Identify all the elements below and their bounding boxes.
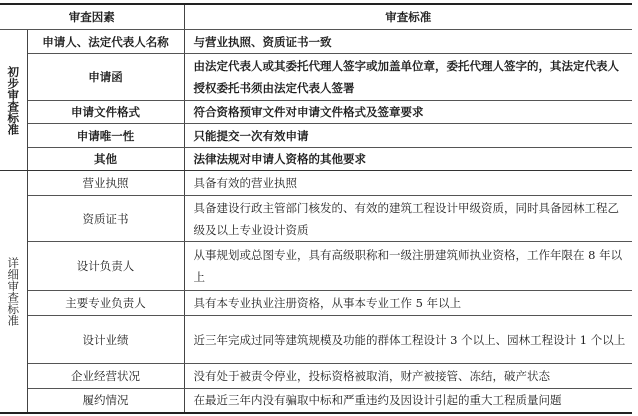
standard-cell: 没有处于被责令停业，投标资格被取消，财产被接管、冻结，破产状态 bbox=[184, 364, 632, 389]
factor-cell: 设计负责人 bbox=[27, 242, 184, 291]
table-row: 设计业绩 近三年完成过同等建筑规模及功能的群体工程设计 3 个以上、园林工程设计… bbox=[0, 316, 632, 364]
table-row: 申请函 由法定代表人或其委托代理人签字或加盖单位章，委托代理人签字的，其法定代表… bbox=[0, 54, 632, 101]
factor-cell: 申请唯一性 bbox=[27, 124, 184, 148]
factor-cell: 企业经营状况 bbox=[27, 364, 184, 389]
table-row: 申请文件格式 符合资格预审文件对申请文件格式及签章要求 bbox=[0, 101, 632, 124]
standard-cell: 近三年完成过同等建筑规模及功能的群体工程设计 3 个以上、园林工程设计 1 个以… bbox=[184, 316, 632, 364]
factor-cell: 履约情况 bbox=[27, 389, 184, 413]
factor-cell: 主要专业负责人 bbox=[27, 291, 184, 316]
standard-cell: 符合资格预审文件对申请文件格式及签章要求 bbox=[184, 101, 632, 124]
table-row: 申请唯一性 只能提交一次有效申请 bbox=[0, 124, 632, 148]
standard-cell: 在最近三年内没有骗取中标和严重违约及因设计引起的重大工程质量问题 bbox=[184, 389, 632, 413]
factor-cell: 营业执照 bbox=[27, 171, 184, 196]
factor-cell: 申请函 bbox=[27, 54, 184, 101]
table-row: 资质证书 具备建设行政主管部门核发的、有效的建筑工程设计甲级资质，同时具备园林工… bbox=[0, 196, 632, 242]
factor-cell: 设计业绩 bbox=[27, 316, 184, 364]
group-label-detailed: 详细审查标准 bbox=[0, 171, 27, 413]
table-row: 主要专业负责人 具有本专业执业注册资格，从事本专业工作 5 年以上 bbox=[0, 291, 632, 316]
group-label-preliminary: 初步审查标准 bbox=[0, 30, 27, 171]
standard-cell: 由法定代表人或其委托代理人签字或加盖单位章，委托代理人签字的，其法定代表人授权委… bbox=[184, 54, 632, 101]
standard-cell: 与营业执照、资质证书一致 bbox=[184, 30, 632, 54]
table-row: 履约情况 在最近三年内没有骗取中标和严重违约及因设计引起的重大工程质量问题 bbox=[0, 389, 632, 413]
standard-cell: 法律法规对申请人资格的其他要求 bbox=[184, 148, 632, 171]
table-row: 初步审查标准 申请人、法定代表人名称 与营业执照、资质证书一致 bbox=[0, 30, 632, 54]
standard-cell: 具备建设行政主管部门核发的、有效的建筑工程设计甲级资质，同时具备园林工程乙级及以… bbox=[184, 196, 632, 242]
factor-cell: 资质证书 bbox=[27, 196, 184, 242]
factor-cell: 申请人、法定代表人名称 bbox=[27, 30, 184, 54]
header-factor: 审查因素 bbox=[0, 4, 184, 30]
standard-cell: 只能提交一次有效申请 bbox=[184, 124, 632, 148]
standard-cell: 具备有效的营业执照 bbox=[184, 171, 632, 196]
header-row: 审查因素 审查标准 bbox=[0, 4, 632, 30]
standard-cell: 具有本专业执业注册资格，从事本专业工作 5 年以上 bbox=[184, 291, 632, 316]
table-row: 设计负责人 从事规划或总图专业，具有高级职称和一级注册建筑师执业资格，工作年限在… bbox=[0, 242, 632, 291]
factor-cell: 其他 bbox=[27, 148, 184, 171]
header-standard: 审查标准 bbox=[184, 4, 632, 30]
table-row: 企业经营状况 没有处于被责令停业，投标资格被取消，财产被接管、冻结，破产状态 bbox=[0, 364, 632, 389]
table-row: 其他 法律法规对申请人资格的其他要求 bbox=[0, 148, 632, 171]
table-row: 详细审查标准 营业执照 具备有效的营业执照 bbox=[0, 171, 632, 196]
review-criteria-table: 审查因素 审查标准 初步审查标准 申请人、法定代表人名称 与营业执照、资质证书一… bbox=[0, 3, 632, 414]
factor-cell: 申请文件格式 bbox=[27, 101, 184, 124]
standard-cell: 从事规划或总图专业，具有高级职称和一级注册建筑师执业资格，工作年限在 8 年以上 bbox=[184, 242, 632, 291]
